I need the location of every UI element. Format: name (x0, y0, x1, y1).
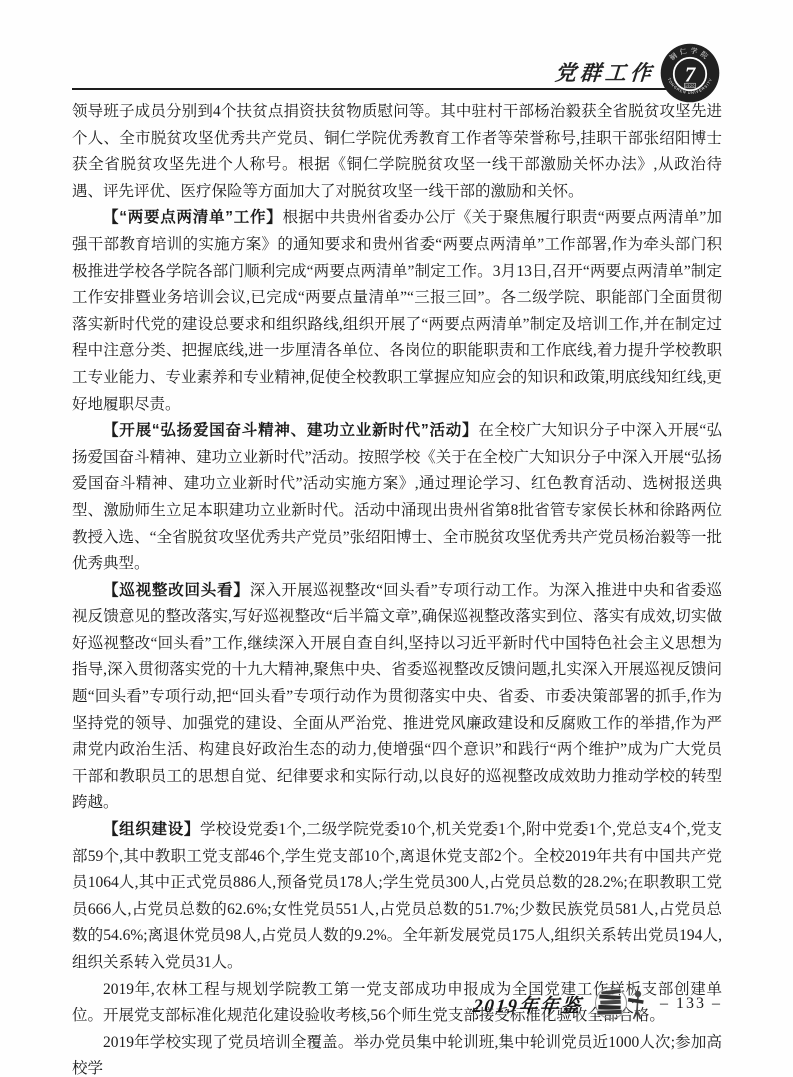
paragraph: 2019年学校实现了党员培训全覆盖。举办党员集中轮训班,集中轮训党员近1000人… (72, 1030, 722, 1077)
section-title: 党群工作 (299, 57, 656, 87)
university-seal-icon: 铜仁学院 7 1920 TONGREN UNIVERSITY (660, 43, 720, 103)
seal-center-glyph: 7 (685, 63, 697, 87)
paragraph-text: 领导班子成员分别到4个扶贫点捐资扶贫物质慰问等。其中驻村干部杨治毅获全省脱贫攻坚… (72, 103, 722, 200)
article-body: 领导班子成员分别到4个扶贫点捐资扶贫物质慰问等。其中驻村干部杨治毅获全省脱贫攻坚… (72, 99, 722, 1077)
paragraph-text: 深入开展巡视整改“回头看”专项行动工作。为深入推进中央和省委巡视反馈意见的整改落… (72, 582, 722, 812)
yearbook-label: 2019年年鉴 (472, 991, 584, 1018)
paragraph-text: 2019年学校实现了党员培训全覆盖。举办党员集中轮训班,集中轮训党员近1000人… (72, 1034, 722, 1077)
page-number: – 133 – (660, 995, 722, 1013)
paragraph-text: 在全校广大知识分子中深入开展“弘扬爱国奋斗精神、建功立业新时代”活动。按照学校《… (72, 422, 722, 572)
paragraph-text: 根据中共贵州省委办公厅《关于聚焦履行职责“两要点两清单”加强干部教育培训的实施方… (72, 209, 722, 412)
paragraph: 【巡视整改回头看】深入开展巡视整改“回头看”专项行动工作。为深入推进中央和省委巡… (72, 578, 722, 817)
paragraph: 【开展“弘扬爱国奋斗精神、建功立业新时代”活动】在全校广大知识分子中深入开展“弘… (72, 418, 722, 578)
yearbook-page: 党群工作 铜仁学院 7 1920 TONGREN UNIVERSITY 领导班子… (0, 0, 793, 1077)
books-and-reader-icon (592, 984, 650, 1024)
paragraph: 【“两要点两清单”工作】根据中共贵州省委办公厅《关于聚焦履行职责“两要点两清单”… (72, 205, 722, 418)
paragraph-heading: 【组织建设】 (103, 821, 200, 838)
paragraph-heading: 【“两要点两清单”工作】 (103, 209, 283, 226)
seal-year: 1920 (685, 84, 695, 88)
header-rule (72, 88, 674, 90)
paragraph-heading: 【开展“弘扬爱国奋斗精神、建功立业新时代”活动】 (103, 422, 478, 439)
paragraph-heading: 【巡视整改回头看】 (103, 582, 250, 599)
page-footer: 2019年年鉴 – 133 – (72, 982, 722, 1026)
paragraph: 【组织建设】学校设党委1个,二级学院党委10个,机关党委1个,附中党委1个,党总… (72, 817, 722, 977)
paragraph: 领导班子成员分别到4个扶贫点捐资扶贫物质慰问等。其中驻村干部杨治毅获全省脱贫攻坚… (72, 99, 722, 205)
paragraph-text: 学校设党委1个,二级学院党委10个,机关党委1个,附中党委1个,党总支4个,党支… (72, 821, 722, 971)
